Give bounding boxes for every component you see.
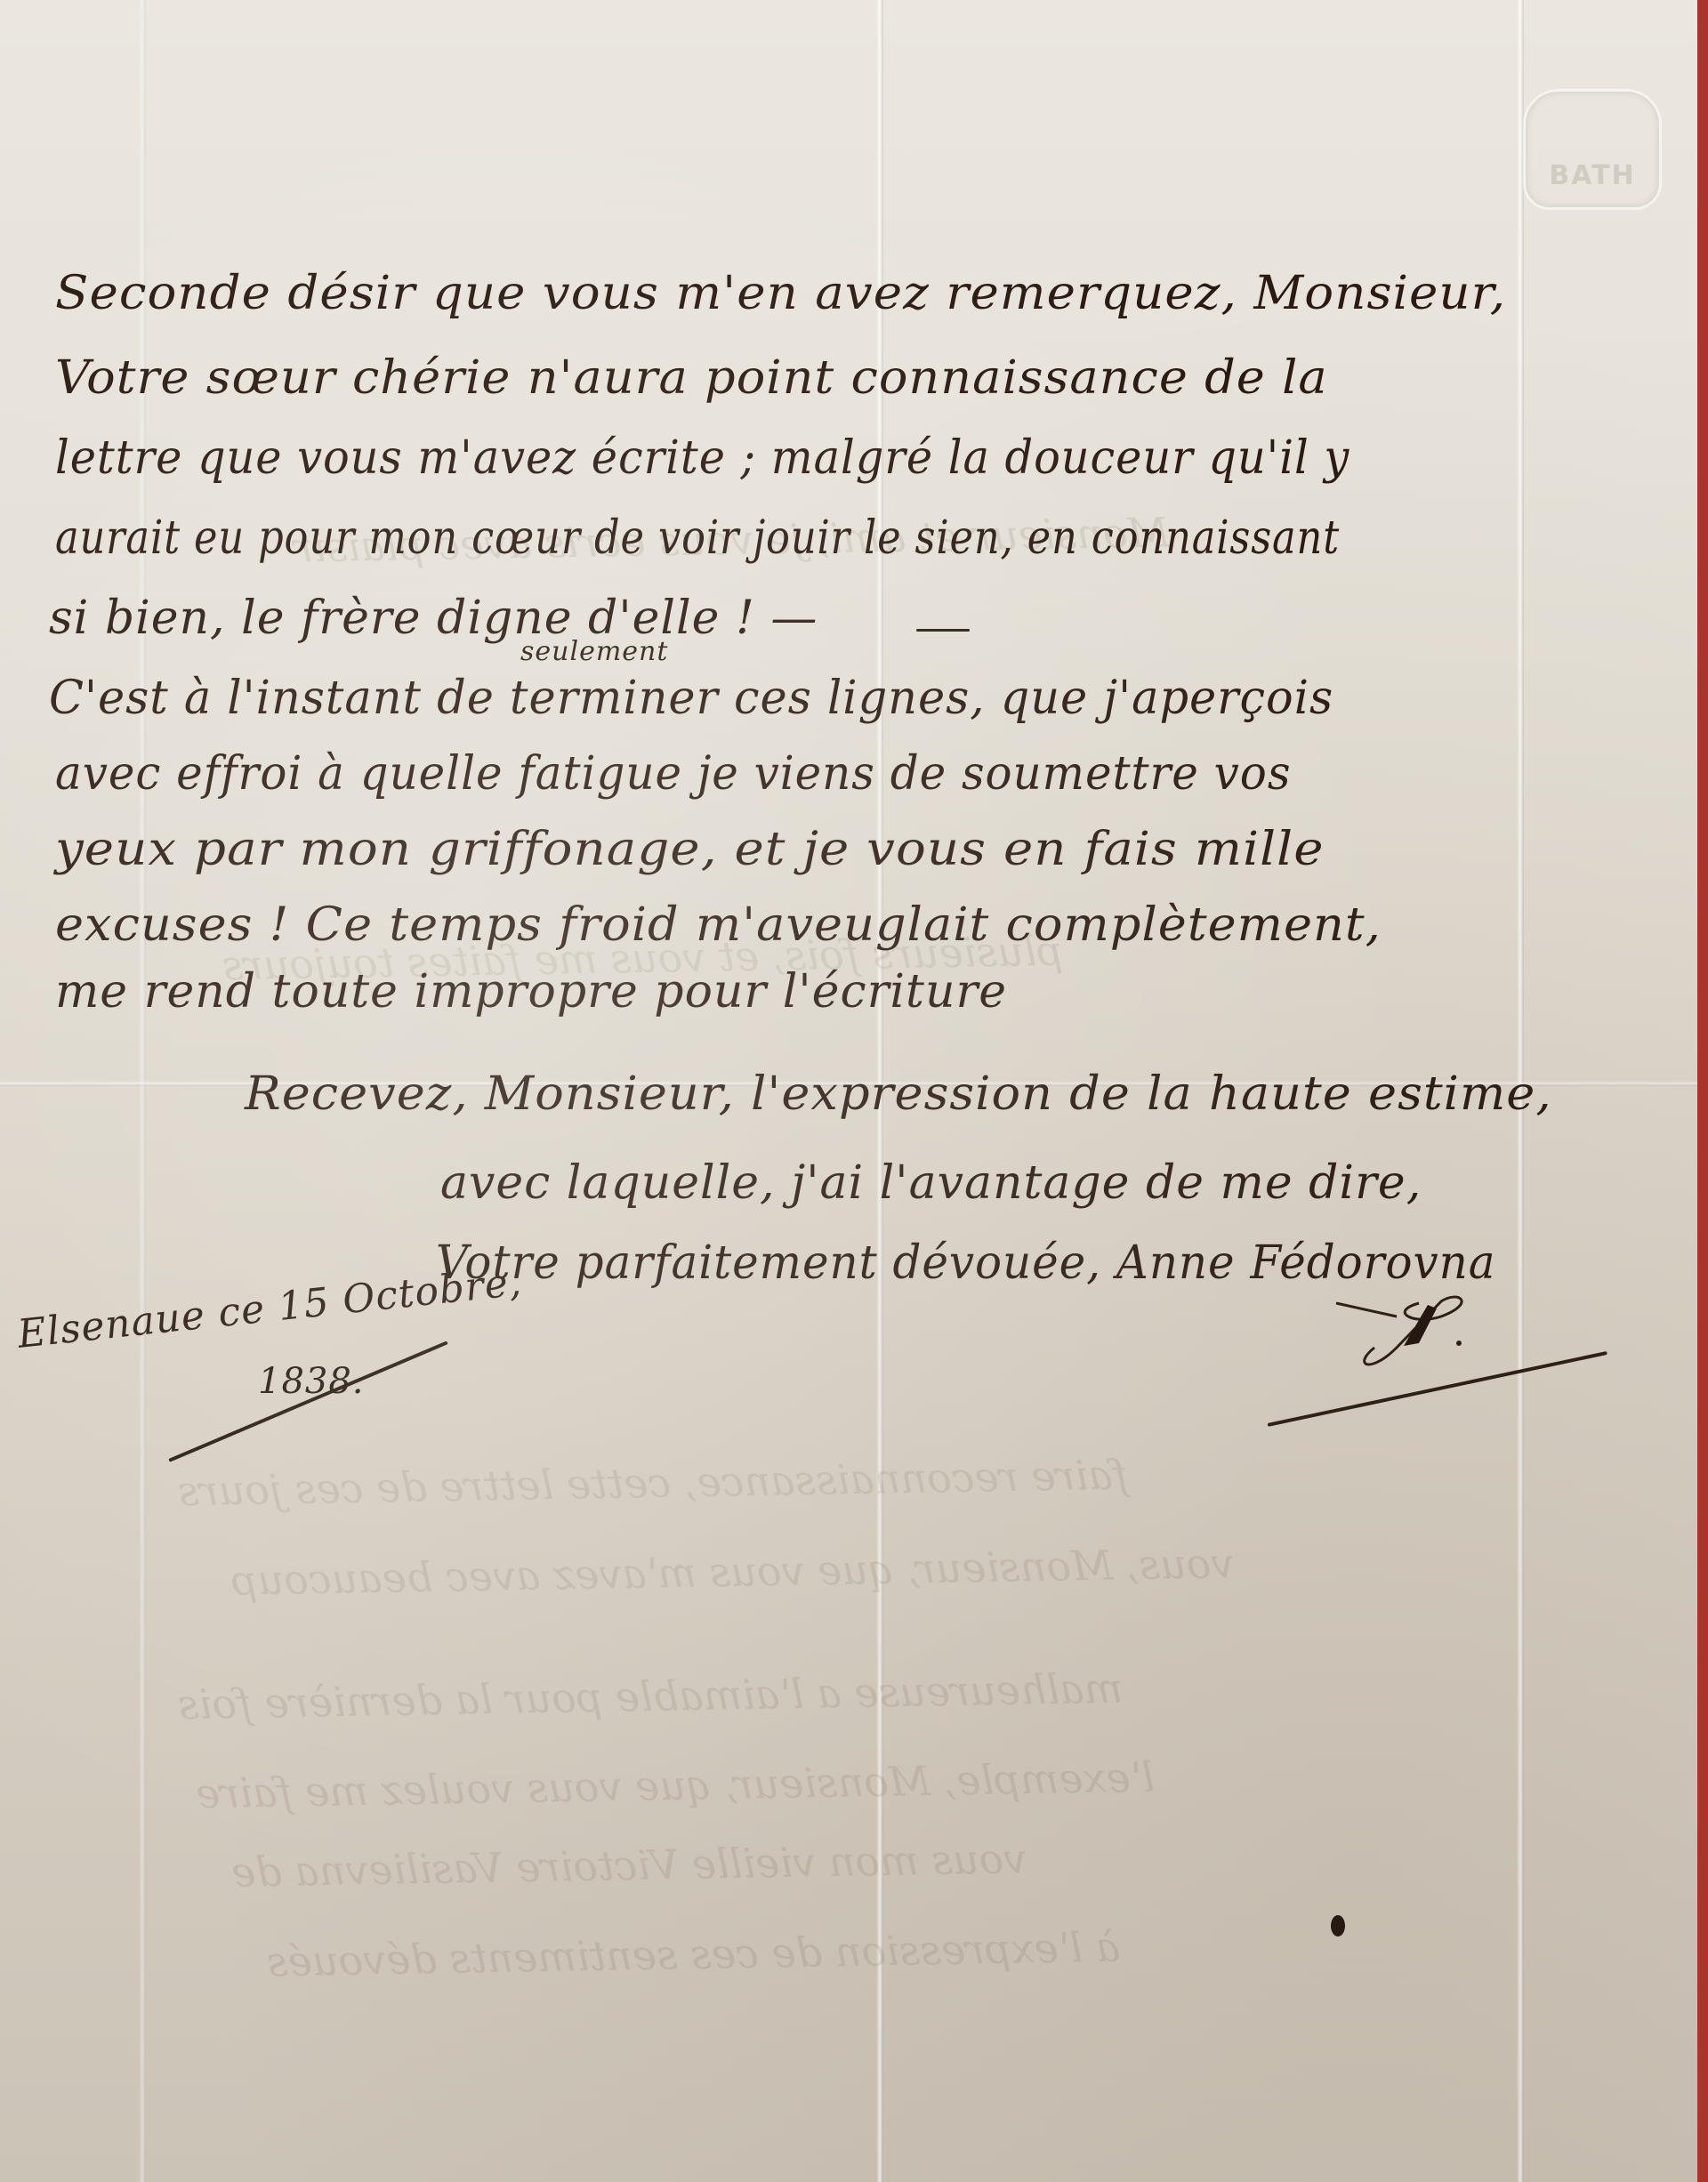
stamp-text: BATH [1549,160,1635,191]
letter-line: Votre sœur chérie n'aura point connaissa… [55,351,1328,405]
bleed-through-text: malheureuse a l'aimable pour la dernière… [178,1664,1124,1729]
closing-signature-line: Votre parfaitement dévouée, Anne Fédorov… [436,1236,1496,1290]
letter-line: C'est à l'instant de terminer ces lignes… [49,672,1333,725]
closing-line: Recevez, Monsieur, l'expression de la ha… [245,1067,1552,1121]
letter-line: me rend toute impropre pour l'écriture [55,965,1007,1019]
dash-stroke [916,629,970,632]
bleed-through-text: faire reconnaissance, cette lettre de ce… [178,1451,1129,1516]
bleed-through-text: l'exemple, Monsieur, que vous voulez me … [196,1753,1156,1818]
bleed-through-text: à l'expression de ces sentiments dévoués [267,1923,1121,1986]
letter-line: si bien, le frère digne d'elle ! — [49,592,818,645]
date-flourish-stroke [168,1341,448,1462]
bleed-through-text: vous mon vieille Victoire Vasilievna de [231,1834,1027,1896]
letter-line: excuses ! Ce temps froid m'aveuglait com… [55,898,1382,952]
letter-line: Seconde désir que vous m'en avez remerqu… [55,267,1506,320]
closing-line: avec laquelle, j'ai l'avantage de me dir… [440,1156,1422,1210]
letter-line: yeux par mon griffonage, et je vous en f… [55,823,1325,876]
embossed-stamp: BATH [1523,89,1662,210]
ink-blot [1331,1915,1345,1936]
letter-page: BATH Monsieur et ami, je vous ecris avec… [0,0,1697,2182]
bleed-through-text: vous, Monsieur, que vous m'avez avec bea… [231,1539,1235,1605]
letter-line: lettre que vous m'avez écrite ; malgré l… [55,431,1349,485]
signature-paraph-icon [1334,1294,1486,1374]
letter-line: aurait eu pour mon cœur de voir jouir le… [55,511,1340,565]
letter-line: avec effroi à quelle fatigue je viens de… [55,747,1291,801]
interlinear-insertion: seulement [520,636,668,667]
vertical-fold-line-left [139,0,146,2182]
